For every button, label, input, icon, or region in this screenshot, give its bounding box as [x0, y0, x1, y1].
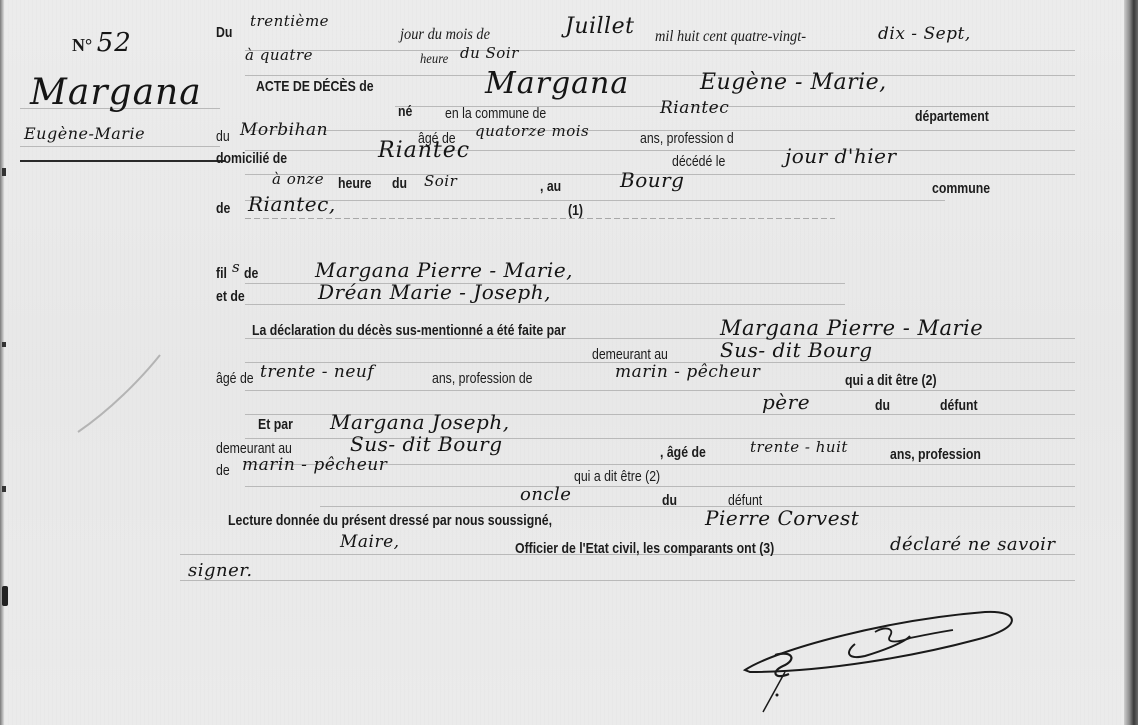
rule-line: [180, 580, 1075, 581]
left-margin-mark: [2, 486, 6, 492]
printed-lecture-donnee: Lecture donnée du présent dressé par nou…: [228, 512, 552, 529]
hw-death-commune: Riantec,: [248, 192, 336, 216]
hw-declarant-1-profession: marin - pêcheur: [615, 362, 760, 382]
bleed-through-stroke: [70, 350, 170, 440]
printed-note-1: (1): [568, 202, 583, 219]
hw-declarant-2-relation: oncle: [520, 484, 571, 505]
printed-heure: heure: [420, 52, 448, 68]
margin-underline: [20, 160, 225, 162]
hw-declarant-1-name: Margana Pierre - Marie: [720, 316, 983, 340]
hw-declarant-2-age: trente - huit: [750, 438, 848, 456]
printed-declaration: La déclaration du décès sus-mentionné a …: [252, 322, 566, 339]
rule-line: [20, 146, 220, 147]
register-binding: [1124, 0, 1138, 725]
printed-du-defunt-prep: du: [875, 397, 890, 414]
printed-qui-a-dit-etre: qui a dit être (2): [845, 372, 937, 389]
hw-signer: signer.: [188, 560, 253, 581]
printed-de-2: de: [216, 462, 230, 479]
hw-officer-title: Maire,: [340, 532, 400, 552]
printed-du-defunt-prep-2: du: [662, 492, 677, 509]
printed-domicilie-de: domicilié de: [216, 150, 287, 167]
mayor-signature: [735, 600, 1025, 720]
printed-et-de: et de: [216, 288, 245, 305]
left-margin-mark: [2, 168, 6, 176]
hw-officer-name: Pierre Corvest: [705, 506, 859, 530]
hw-death-place: Bourg: [620, 168, 684, 192]
printed-year-prefix: mil huit cent quatre-vingt-: [655, 28, 806, 46]
printed-acte-de-deces: ACTE DE DÉCÈS de: [256, 78, 374, 95]
printed-de: de: [216, 200, 230, 217]
hw-birth-commune: Riantec: [660, 98, 729, 118]
record-number-label: N° 52: [72, 28, 132, 58]
left-margin-mark: [2, 342, 6, 347]
printed-du: Du: [216, 24, 232, 41]
page-left-edge: [0, 0, 4, 725]
hw-age: quatorze mois: [475, 122, 589, 140]
hw-death-hour: à onze: [272, 170, 324, 188]
rule-line: [320, 506, 1075, 507]
printed-demeurant-au: demeurant au: [592, 346, 668, 363]
hw-declarant-1-age: trente - neuf: [260, 362, 374, 382]
rule-line: [245, 200, 945, 201]
printed-du-dept: du: [216, 128, 230, 145]
printed-ans-profession: ans, profession d: [640, 130, 734, 147]
record-number-value: 52: [97, 28, 132, 58]
printed-en-la-commune: en la commune de: [445, 105, 546, 122]
hw-time-of-day: du Soir: [460, 44, 519, 62]
hw-mother-name: Dréan Marie - Joseph,: [318, 280, 551, 304]
printed-heure-2: heure: [338, 175, 372, 192]
rule-line: [245, 50, 1075, 51]
printed-au: , au: [540, 178, 561, 195]
hw-hour: à quatre: [245, 46, 313, 64]
rule-line: [245, 150, 1075, 151]
printed-age-de-2: âgé de: [216, 370, 254, 387]
rule-line: [245, 390, 1075, 391]
hw-month: Juillet: [565, 14, 634, 39]
hw-day: trentième: [250, 12, 329, 30]
printed-commune: commune: [932, 180, 990, 197]
hw-department: Morbihan: [240, 120, 328, 140]
scanned-register-page: N° 52 Margana Eugène-Marie Du trentième …: [0, 0, 1138, 725]
hw-declarant-1-relation: père: [762, 390, 810, 414]
hw-declarant-1-residence: Sus- dit Bourg: [720, 338, 873, 362]
hw-death-day: jour d'hier: [785, 144, 897, 168]
printed-de-father: de: [244, 265, 258, 282]
hw-death-time-of-day: Soir: [424, 172, 457, 190]
printed-qui-a-dit-etre-2: qui a dit être (2): [574, 468, 660, 485]
printed-ne: né: [398, 103, 412, 120]
hw-domicile: Riantec: [378, 138, 470, 163]
hw-declarant-2-residence: Sus- dit Bourg: [350, 432, 503, 456]
printed-age-de-3: , âgé de: [660, 444, 706, 461]
rule-line: [245, 218, 835, 219]
hw-deceased-surname: Margana: [485, 66, 629, 101]
printed-departement: département: [915, 108, 989, 125]
printed-ans-profession-de: ans, profession de: [432, 370, 533, 387]
printed-jour-du-mois: jour du mois de: [400, 26, 490, 44]
printed-ans-profession-2: ans, profession: [890, 446, 981, 463]
hw-father-name: Margana Pierre - Marie,: [315, 258, 573, 282]
rule-line: [245, 486, 1075, 487]
hw-declarant-2-profession: marin - pêcheur: [242, 455, 387, 475]
rule-line: [245, 75, 1075, 76]
printed-defunt: défunt: [940, 397, 978, 414]
printed-fil: fil: [216, 265, 227, 282]
margin-surname: Margana: [30, 72, 202, 113]
hw-declared-unable: déclaré ne savoir: [890, 534, 1056, 555]
hw-declarant-2-name: Margana Joseph,: [330, 410, 510, 434]
number-label-text: N°: [72, 35, 97, 55]
left-margin-mark: [2, 586, 8, 606]
hw-deceased-given-names: Eugène - Marie,: [700, 70, 887, 95]
hw-fils-suffix: s: [232, 258, 240, 276]
margin-given-names: Eugène-Marie: [24, 124, 145, 143]
hw-year-suffix: dix - Sept,: [878, 24, 971, 44]
printed-et-par: Et par: [258, 416, 293, 433]
printed-du-2: du: [392, 175, 407, 192]
printed-officier-etat-civil: Officier de l'Etat civil, les comparants…: [515, 540, 774, 557]
rule-line: [245, 304, 845, 305]
